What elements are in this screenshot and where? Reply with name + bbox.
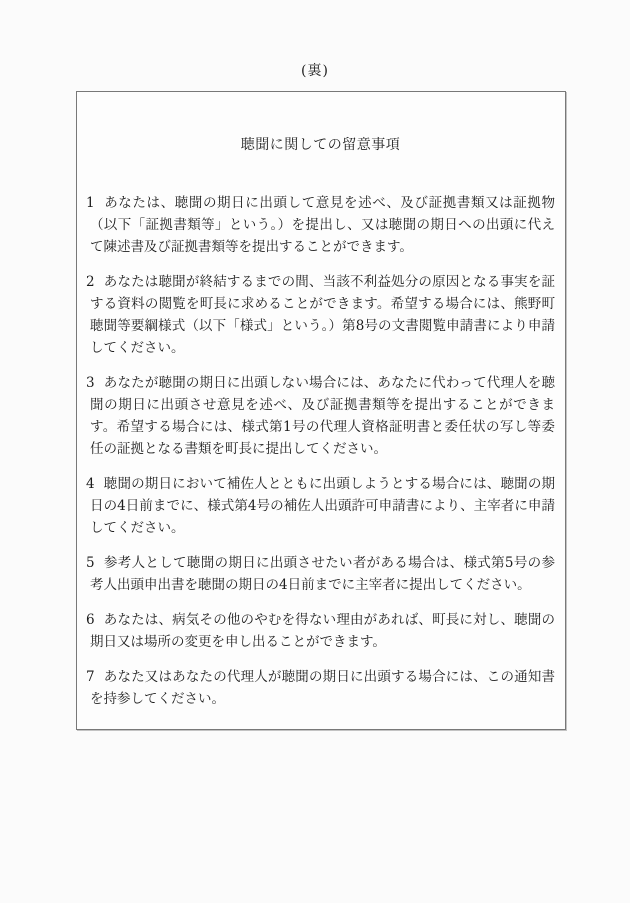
notice-item-list: 1あなたは、聴聞の期日に出頭して意見を述べ、及び証拠書類又は証拠物（以下「証拠書… [86, 192, 555, 710]
item-number: 6 [86, 609, 95, 631]
item-text: あなたは、聴聞の期日に出頭して意見を述べ、及び証拠書類又は証拠物（以下「証拠書類… [90, 195, 555, 255]
document-title: 聴聞に関しての留意事項 [86, 136, 555, 154]
item-number: 2 [86, 271, 95, 293]
notice-item: 6あなたは、病気その他のやむを得ない理由があれば、町長に対し、聴聞の期日又は場所… [86, 609, 555, 653]
item-number: 7 [86, 666, 95, 688]
notice-item: 7あなた又はあなたの代理人が聴聞の期日に出頭する場合には、この通知書を持参してく… [86, 666, 555, 710]
notice-item: 5参考人として聴聞の期日に出頭させたい者がある場合は、様式第5号の参考人出頭申出… [86, 552, 555, 596]
notice-item: 3あなたが聴聞の期日に出頭しない場合には、あなたに代わって代理人を聴聞の期日に出… [86, 372, 555, 460]
item-number: 5 [86, 552, 95, 574]
notice-item: 4聴聞の期日において補佐人とともに出頭しようとする場合には、聴聞の期日の4日前ま… [86, 473, 555, 539]
item-number: 4 [86, 473, 95, 495]
item-text: あなたは聴聞が終結するまでの間、当該不利益処分の原因となる事実を証する資料の閲覧… [90, 274, 555, 356]
notice-box: 聴聞に関しての留意事項 1あなたは、聴聞の期日に出頭して意見を述べ、及び証拠書類… [76, 91, 566, 730]
item-text: 聴聞の期日において補佐人とともに出頭しようとする場合には、聴聞の期日の4日前まで… [90, 476, 555, 536]
item-text: あなたは、病気その他のやむを得ない理由があれば、町長に対し、聴聞の期日又は場所の… [90, 612, 555, 650]
item-text: あなたが聴聞の期日に出頭しない場合には、あなたに代わって代理人を聴聞の期日に出頭… [90, 375, 555, 457]
item-number: 1 [86, 192, 95, 214]
item-text: あなた又はあなたの代理人が聴聞の期日に出頭する場合には、この通知書を持参してくだ… [90, 669, 555, 707]
notice-item: 1あなたは、聴聞の期日に出頭して意見を述べ、及び証拠書類又は証拠物（以下「証拠書… [86, 192, 555, 258]
item-text: 参考人として聴聞の期日に出頭させたい者がある場合は、様式第5号の参考人出頭申出書… [90, 555, 555, 593]
page-side-label: (裏) [0, 63, 630, 79]
document-page: (裏) 聴聞に関しての留意事項 1あなたは、聴聞の期日に出頭して意見を述べ、及び… [0, 0, 630, 903]
notice-item: 2あなたは聴聞が終結するまでの間、当該不利益処分の原因となる事実を証する資料の閲… [86, 271, 555, 359]
item-number: 3 [86, 372, 95, 394]
